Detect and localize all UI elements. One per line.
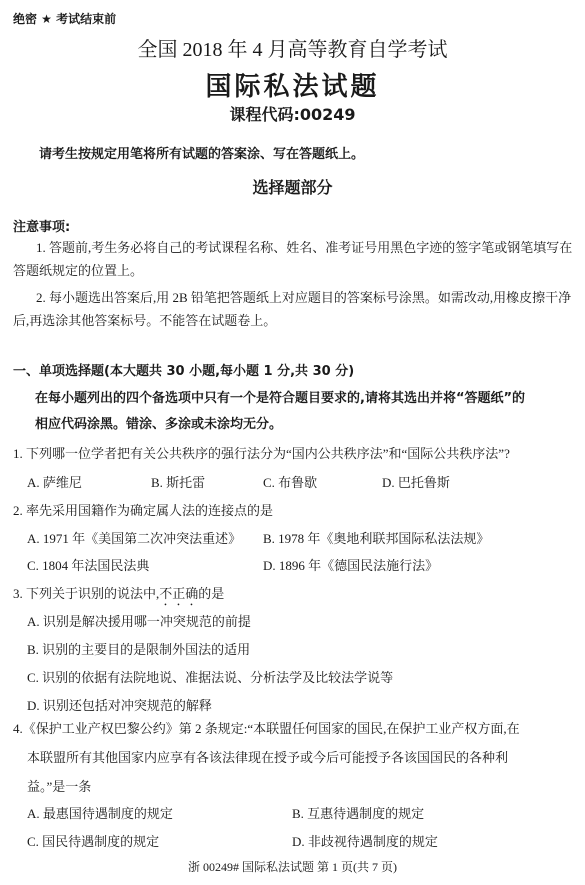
question-4-option-c: C. 国民待遇制度的规定 [27, 831, 159, 850]
section-heading: 选择题部分 [0, 175, 585, 198]
question-4-option-d: D. 非歧视待遇制度的规定 [292, 831, 438, 850]
question-3-option-c: C. 识别的依据有法院地说、准据法说、分析法学及比较法学说等 [27, 667, 393, 686]
question-3-option-b: B. 识别的主要目的是限制外国法的适用 [27, 639, 250, 658]
question-1-option-c: C. 布鲁歇 [263, 472, 317, 491]
question-3-stem: 3. 下列关于识别的说法中,不正确的是 [13, 583, 224, 609]
exam-title: 全国 2018 年 4 月高等教育自学考试 [0, 33, 585, 62]
confidential-label: 绝密 ★ 考试结束前 [13, 10, 116, 27]
part-one-description-line1: 在每小题列出的四个备选项中只有一个是符合题目要求的,请将其选出并将“答题纸”的 [35, 387, 525, 406]
course-code: 课程代码:00249 [0, 102, 585, 125]
question-2-option-d: D. 1896 年《德国民法施行法》 [263, 555, 438, 574]
question-4-stem-line2: 本联盟所有其他国家内应享有各该法律现在授予或今后可能授予各该国国民的各种利 [27, 747, 508, 766]
question-2-stem: 2. 率先采用国籍作为确定属人法的连接点的是 [13, 500, 273, 519]
question-3-stem-suffix: 的是 [198, 586, 224, 601]
question-4-option-a: A. 最惠国待遇制度的规定 [27, 803, 173, 822]
note-item-2: 2. 每小题选出答案后,用 2B 铅笔把答题纸上对应题目的答案标号涂黑。如需改动… [13, 286, 573, 332]
part-one-description-line2: 相应代码涂黑。错涂、多涂或未涂均无分。 [35, 413, 282, 432]
question-3-option-a: A. 识别是解决援用哪一冲突规范的前提 [27, 611, 251, 630]
answer-instruction: 请考生按规定用笔将所有试题的答案涂、写在答题纸上。 [39, 143, 364, 162]
subject-title: 国际私法试题 [0, 66, 585, 103]
question-3-option-d: D. 识别还包括对冲突规范的解释 [27, 695, 212, 714]
page-footer: 浙 00249# 国际私法试题 第 1 页(共 7 页) [0, 858, 585, 875]
question-2-option-a: A. 1971 年《美国第二次冲突法重述》 [27, 528, 241, 547]
question-1-stem: 1. 下列哪一位学者把有关公共秩序的强行法分为“国内公共秩序法”和“国际公共秩序… [13, 443, 510, 462]
note-item-1: 1. 答题前,考生务必将自己的考试课程名称、姓名、准考证号用黑色字迹的签字笔或钢… [13, 236, 573, 282]
question-3-stem-prefix: 3. 下列关于识别的说法中, [13, 586, 159, 601]
question-1-option-a: A. 萨维尼 [27, 472, 82, 491]
question-1-option-d: D. 巴托鲁斯 [382, 472, 450, 491]
question-2-option-b: B. 1978 年《奥地利联邦国际私法法规》 [263, 528, 489, 547]
question-4-stem-line3: 益。”是一条 [27, 776, 91, 795]
question-4-option-b: B. 互惠待遇制度的规定 [292, 803, 424, 822]
part-one-heading: 一、单项选择题(本大题共 30 小题,每小题 1 分,共 30 分) [13, 360, 354, 379]
question-4-stem-line1: 4.《保护工业产权巴黎公约》第 2 条规定:“本联盟任何国家的国民,在保护工业产… [13, 718, 520, 737]
question-2-option-c: C. 1804 年法国民法典 [27, 555, 149, 574]
notes-label: 注意事项: [13, 216, 70, 235]
question-3-emphasis: 不正确 [159, 586, 198, 601]
question-1-option-b: B. 斯托雷 [151, 472, 205, 491]
